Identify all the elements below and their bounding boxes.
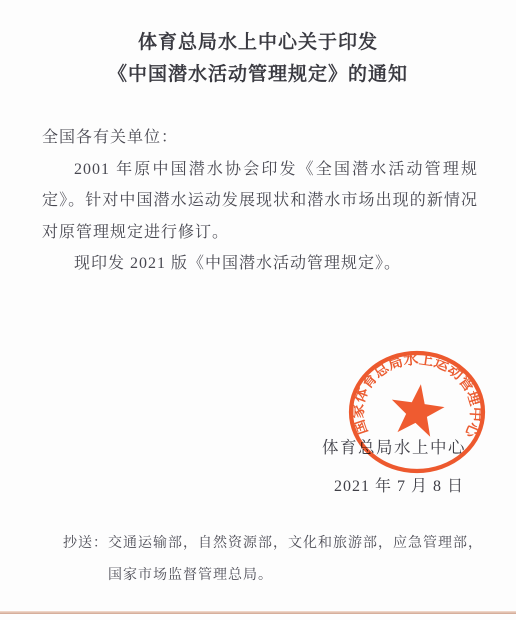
document-page: 体育总局水上中心关于印发 《中国潜水活动管理规定》的通知 全国各有关单位： 20… bbox=[0, 0, 516, 620]
salutation: 全国各有关单位： bbox=[42, 122, 478, 154]
cc-line-2: 国家市场监督管理总局。 bbox=[108, 560, 483, 592]
seal-star-icon bbox=[387, 381, 447, 439]
document-title: 体育总局水上中心关于印发 《中国潜水活动管理规定》的通知 bbox=[0, 0, 516, 91]
cc-content: 交通运输部，自然资源部，文化和旅游部，应急管理部， 国家市场监督管理总局。 bbox=[108, 528, 483, 592]
title-line-2: 《中国潜水活动管理规定》的通知 bbox=[0, 59, 516, 91]
paragraph-2: 现印发 2021 版《中国潜水活动管理规定》。 bbox=[42, 248, 478, 280]
paragraph-1: 2001 年原中国潜水协会印发《全国潜水活动管理规定》。针对中国潜水运动发展现状… bbox=[42, 154, 478, 249]
scan-edge-line bbox=[0, 611, 516, 614]
cc-label: 抄送： bbox=[63, 528, 108, 592]
document-body: 全国各有关单位： 2001 年原中国潜水协会印发《全国潜水活动管理规定》。针对中… bbox=[42, 122, 478, 280]
title-line-1: 体育总局水上中心关于印发 bbox=[0, 27, 516, 59]
cc-block: 抄送： 交通运输部，自然资源部，文化和旅游部，应急管理部， 国家市场监督管理总局… bbox=[63, 528, 483, 592]
official-seal: 国家体育总局水上运动管理中心 bbox=[342, 342, 492, 492]
cc-line-1: 交通运输部，自然资源部，文化和旅游部，应急管理部， bbox=[108, 528, 483, 560]
